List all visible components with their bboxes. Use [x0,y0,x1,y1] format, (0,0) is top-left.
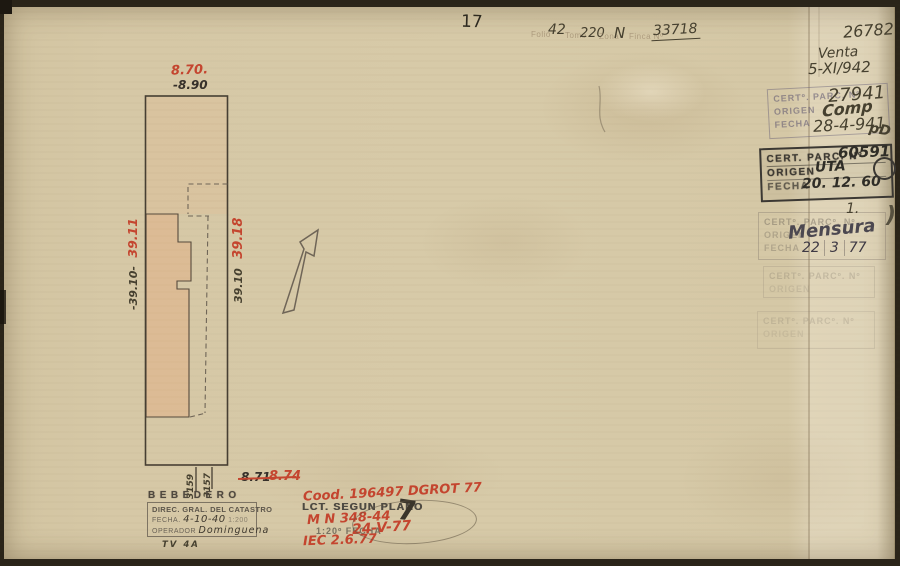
catastro-operator-row: OPERADOR Dominguena [152,525,252,536]
page-number: 17 [461,12,483,33]
cert3-date-day: 22 [798,240,825,256]
catastro-stamp: DIREC. GRAL. DEL CATASTRO FECHA. 4-10-40… [147,502,257,537]
cert3-date-year: 77 [845,240,871,256]
catastro-note: TV 4A [162,540,200,550]
place-name: BEBEDERO [148,490,241,501]
cert3-paren: ) [886,203,896,228]
stamp5-origin-label: ORIGEN [763,328,869,341]
operation-date: 5-XI/942 [808,58,871,78]
stamp4-origin-label: ORIGEN [769,283,869,296]
stamp4-title: CERTº. PARCº. Nº [769,270,869,283]
cert2-origin-value: UTA [815,158,846,176]
cert-parc-stamp-4: CERTº. PARCº. Nº ORIGEN [763,266,875,298]
finca-value: 33718 [651,21,700,42]
catastro-office: DIREC. GRAL. DEL CATASTRO [152,505,252,514]
pencil-scratch [585,80,655,150]
edge-nick [0,290,6,324]
catastro-date-row: FECHA. 4-10-40 1:200 [152,514,252,525]
parcel-inner-building [146,214,191,417]
catastro-operator-label: OPERADOR [152,528,196,535]
folio-value: 42 [548,22,566,38]
scratch-line [599,86,605,132]
cert-parc-stamp-5: CERTº. PARCº. Nº ORIGEN [757,311,875,349]
dim-right: 39.10 39.18 [229,218,247,303]
dim-left-old: -39.10- [127,266,140,310]
dim-left: -39.10- 39.11 [124,218,142,310]
corner-nick [0,0,12,14]
scanned-cadastral-sheet: 17 Folio 42 Tomo 220 Zona N Finca Nº 337… [0,0,900,566]
dim-right-new: 39.18 [231,218,246,259]
dim-top-new: 8.70. [171,62,209,78]
north-arrow [283,230,318,313]
spacer [300,45,306,90]
cert2-date-value: 20. 12. 60 [802,174,881,193]
entry-number: 26782 [842,19,894,42]
catastro-date-label: FECHA. [152,517,181,524]
catastro-date-value: 4-10-40 [183,514,226,525]
dim-right-old: 39.10 [232,268,245,303]
catastro-operator-value: Dominguena [199,525,270,536]
dim-top-old: -8.90 [173,78,208,92]
cert3-date-cells: 22 3 77 [798,240,871,256]
stamp5-title: CERTº. PARCº. Nº [763,315,869,328]
cert3-date-month: 3 [825,240,845,256]
dashed-boundary [188,184,228,417]
zona-value: N [614,24,625,42]
catastro-scale: 1:200 [228,517,248,524]
dim-left-new: 39.11 [125,218,140,258]
cert3-number: 1. [846,201,859,217]
parcel-top-tint [146,97,227,214]
